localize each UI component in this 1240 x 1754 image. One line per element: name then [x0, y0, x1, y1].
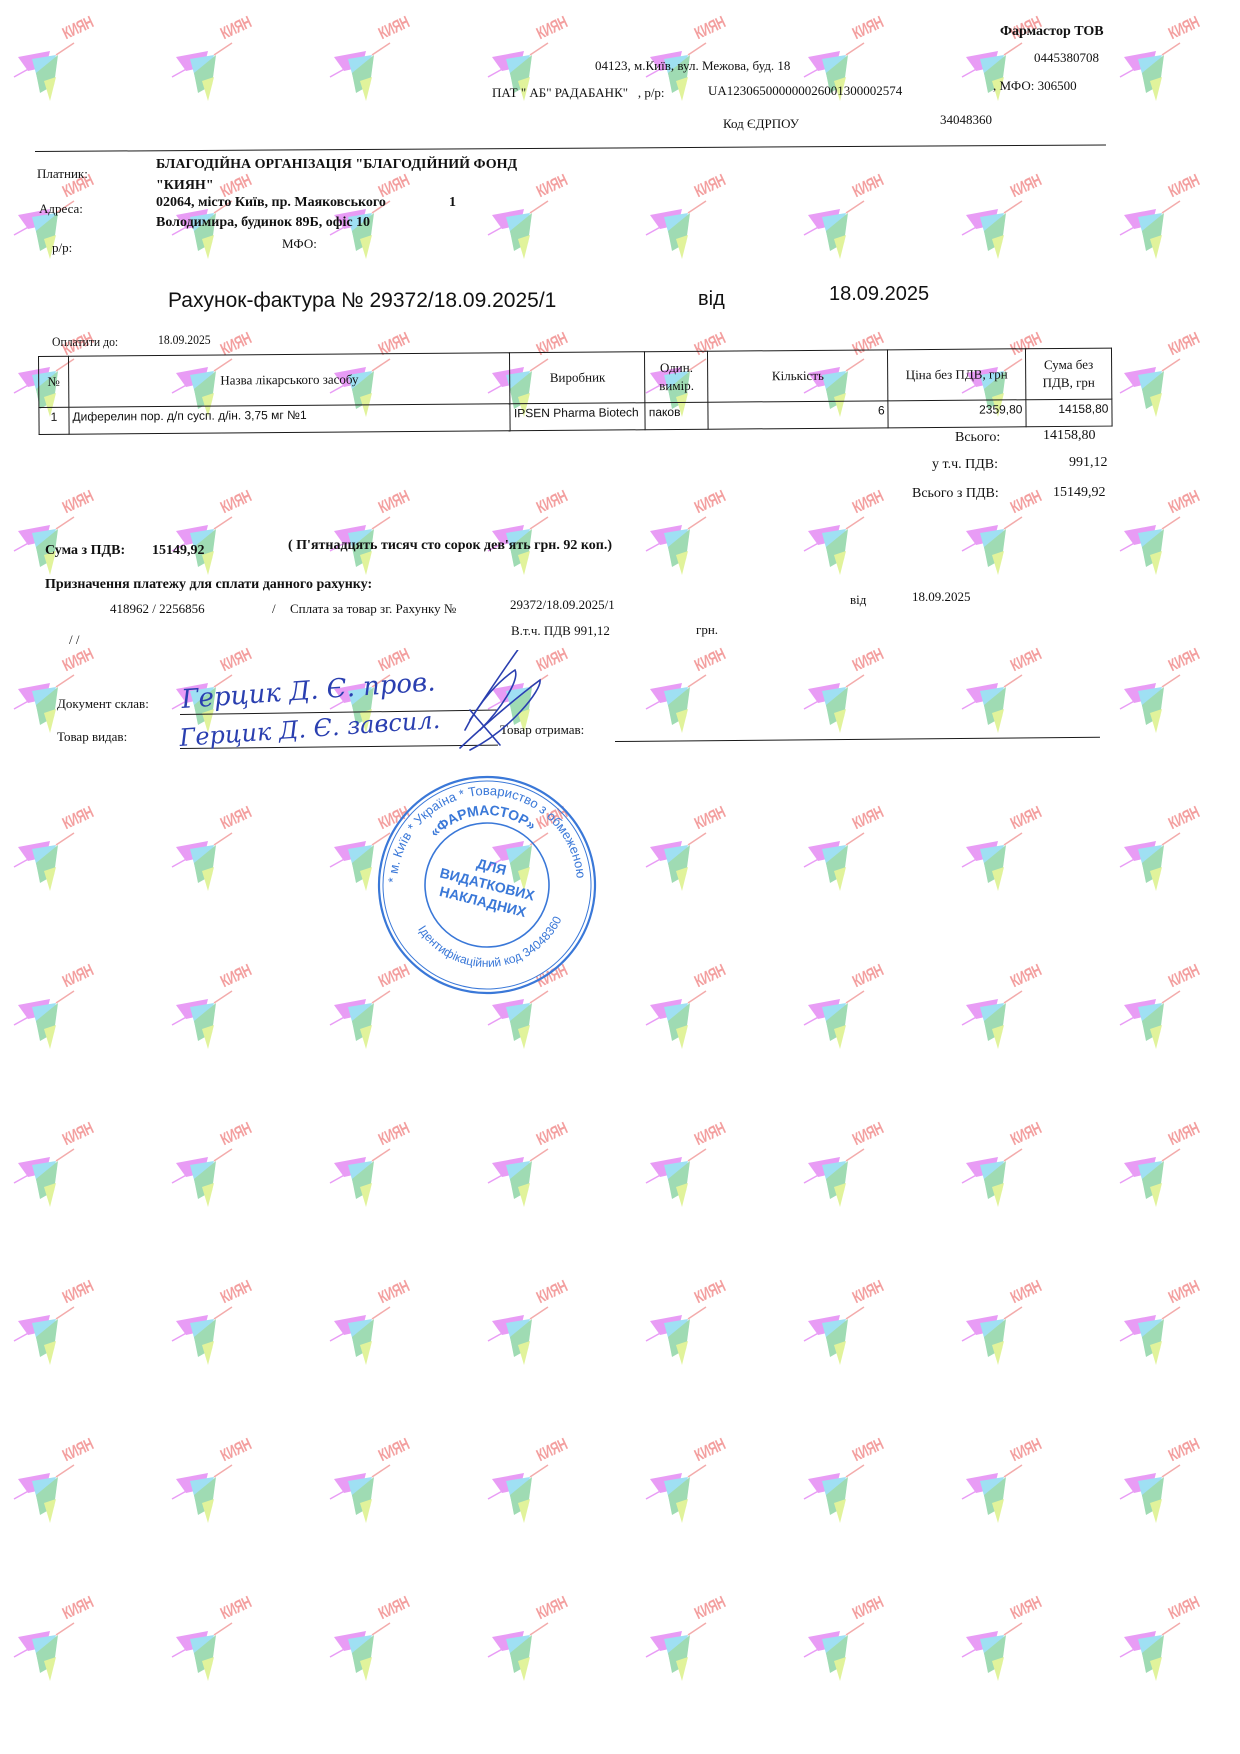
watermark-logo-icon: КИЯН: [1116, 802, 1226, 897]
cell-sum: 14158,80: [1026, 399, 1112, 427]
watermark-logo-icon: КИЯН: [800, 1434, 910, 1529]
svg-text:Герцик Д. Є. завсил.: Герцик Д. Є. завсил.: [177, 706, 441, 752]
supplier-bank-name: ПАТ " АБ" РАДАБАНК": [492, 85, 628, 100]
total-vat-label: Всього з ПДВ:: [912, 486, 999, 502]
cell-price: 2359,80: [888, 400, 1026, 428]
col-header-qty: Кількість: [708, 350, 888, 402]
watermark-logo-icon: КИЯН: [484, 170, 594, 265]
supplier-edrpou-label: Код ЄДРПОУ: [723, 116, 799, 132]
payer-address-line1: 02064, місто Київ, пр. Маяковського: [156, 195, 386, 211]
watermark-logo-icon: КИЯН: [642, 1118, 752, 1213]
watermark-logo-icon: КИЯН: [958, 1592, 1068, 1687]
watermark-logo-icon: КИЯН: [1116, 960, 1226, 1055]
watermark-logo-icon: КИЯН: [10, 1276, 120, 1371]
watermark-logo-icon: КИЯН: [642, 644, 752, 739]
watermark-logo-icon: КИЯН: [168, 1118, 278, 1213]
supplier-edrpou: 34048360: [940, 112, 992, 128]
watermark-logo-icon: КИЯН: [1116, 1592, 1226, 1687]
watermark-logo-icon: КИЯН: [484, 486, 594, 581]
payer-name-line1: БЛАГОДІЙНА ОРГАНІЗАЦІЯ "БЛАГОДІЙНИЙ ФОНД: [156, 157, 517, 173]
watermark-logo-icon: КИЯН: [642, 802, 752, 897]
watermark-logo-icon: КИЯН: [10, 960, 120, 1055]
watermark-logo-icon: КИЯН: [484, 1276, 594, 1371]
sum-vat-value: 15149,92: [152, 543, 205, 559]
invoice-title: Рахунок-фактура № 29372/18.09.2025/1: [168, 289, 556, 313]
supplier-account: UA123065000000026001300002574: [708, 83, 902, 99]
watermark-logo-icon: КИЯН: [642, 1434, 752, 1529]
cell-unit: паков: [645, 402, 708, 429]
payer-address-label: Адреса:: [39, 201, 83, 217]
watermark-logo-icon: КИЯН: [326, 1276, 436, 1371]
watermark-logo-icon: КИЯН: [958, 1276, 1068, 1371]
received-signature-line: [615, 737, 1100, 742]
watermark-logo-icon: КИЯН: [800, 1592, 910, 1687]
watermark-logo-icon: КИЯН: [10, 486, 120, 581]
watermark-logo-icon: КИЯН: [484, 1592, 594, 1687]
payment-extra-slashes: / /: [69, 632, 79, 648]
payer-label: Платник:: [37, 166, 88, 182]
watermark-logo-icon: КИЯН: [800, 1118, 910, 1213]
payer-name-line2: "КИЯН": [156, 178, 214, 194]
watermark-logo-icon: КИЯН: [642, 1592, 752, 1687]
col-header-manufacturer: Виробник: [510, 352, 645, 404]
payment-text: Сплата за товар зг. Рахунку №: [290, 601, 456, 617]
watermark-logo-icon: КИЯН: [800, 486, 910, 581]
supplier-mfo-value: 306500: [1038, 78, 1077, 93]
watermark-logo-icon: КИЯН: [10, 802, 120, 897]
watermark-logo-icon: КИЯН: [1116, 644, 1226, 739]
payment-codes: 418962 / 2256856: [110, 601, 205, 617]
payment-currency: грн.: [696, 622, 718, 638]
watermark-logo-icon: КИЯН: [1116, 328, 1226, 423]
pay-by-date: 18.09.2025: [158, 332, 211, 348]
watermark-logo-icon: КИЯН: [10, 1592, 120, 1687]
supplier-phone: 0445380708: [1034, 50, 1099, 66]
watermark-logo-icon: КИЯН: [1116, 1118, 1226, 1213]
watermark-logo-icon: КИЯН: [484, 1434, 594, 1529]
handwritten-signature: Герцик Д. Є. пров. Герцик Д. Є. завсил.: [170, 650, 550, 770]
watermark-logo-icon: КИЯН: [958, 1434, 1068, 1529]
cell-name: Диферелин пор. д/п сусп. д/ін. 3,75 мг №…: [69, 404, 511, 434]
watermark-logo-icon: КИЯН: [642, 486, 752, 581]
watermark-logo-icon: КИЯН: [1116, 12, 1226, 107]
watermark-logo-icon: КИЯН: [1116, 1276, 1226, 1371]
watermark-logo-icon: КИЯН: [800, 170, 910, 265]
items-table: № Назва лікарського засобу Виробник Один…: [38, 348, 1113, 435]
watermark-logo-icon: КИЯН: [800, 644, 910, 739]
payer-mfo-label: МФО:: [282, 236, 317, 252]
payment-date-label: від: [850, 592, 866, 608]
cell-manufacturer: IPSEN Pharma Biotech: [510, 403, 645, 431]
sum-vat-label: Сума з ПДВ:: [45, 543, 125, 559]
watermark-logo-icon: КИЯН: [168, 486, 278, 581]
payment-slash: /: [272, 601, 276, 617]
cell-qty: 6: [708, 401, 888, 429]
watermark-logo-icon: КИЯН: [958, 644, 1068, 739]
watermark-logo-icon: КИЯН: [642, 170, 752, 265]
watermark-logo-icon: КИЯН: [326, 12, 436, 107]
payment-purpose-label: Призначення платежу для сплати данного р…: [45, 577, 372, 593]
supplier-name: Фармастор ТОВ: [1000, 24, 1104, 40]
company-stamp: * м. Київ * Україна * Товариство з обмеж…: [367, 765, 606, 1004]
watermark-logo-icon: КИЯН: [800, 802, 910, 897]
header-divider: [35, 144, 1106, 152]
watermark-logo-icon: КИЯН: [168, 960, 278, 1055]
watermark-logo-icon: КИЯН: [168, 1434, 278, 1529]
col-header-no: №: [39, 356, 69, 407]
vat-label: у т.ч. ПДВ:: [932, 457, 998, 473]
watermark-logo-icon: КИЯН: [958, 960, 1068, 1055]
supplier-address: 04123, м.Київ, вул. Межова, буд. 18: [595, 58, 790, 74]
watermark-logo-icon: КИЯН: [10, 1118, 120, 1213]
watermark-logo-icon: КИЯН: [168, 1592, 278, 1687]
watermark-logo-icon: КИЯН: [800, 1276, 910, 1371]
col-header-price: Ціна без ПДВ, грн: [888, 349, 1026, 401]
watermark-logo-icon: КИЯН: [800, 960, 910, 1055]
table-header-row: № Назва лікарського засобу Виробник Один…: [39, 348, 1112, 407]
watermark-layer: КИЯНКИЯНКИЯНКИЯНКИЯНКИЯНКИЯНКИЯНКИЯНКИЯН…: [0, 0, 1240, 1754]
supplier-mfo: , МФО: 306500: [993, 78, 1077, 94]
watermark-logo-icon: КИЯН: [642, 1276, 752, 1371]
col-header-sum: Сума без ПДВ, грн: [1025, 348, 1111, 400]
composed-label: Документ склав:: [57, 696, 149, 712]
watermark-logo-icon: КИЯН: [10, 644, 120, 739]
watermark-logo-icon: КИЯН: [958, 170, 1068, 265]
payer-address-line2: Володимира, будинок 89Б, офіс 10: [156, 215, 370, 231]
watermark-logo-icon: КИЯН: [958, 1118, 1068, 1213]
total-vat-value: 15149,92: [1053, 485, 1106, 501]
supplier-bank: ПАТ " АБ" РАДАБАНК" , р/р:: [492, 85, 665, 101]
watermark-logo-icon: КИЯН: [484, 1118, 594, 1213]
supplier-account-label: , р/р:: [638, 85, 665, 100]
watermark-logo-icon: КИЯН: [958, 802, 1068, 897]
pay-by-label: Оплатити до:: [52, 334, 118, 350]
supplier-mfo-label: , МФО:: [993, 78, 1034, 93]
invoice-date-label: від: [698, 288, 725, 311]
watermark-logo-icon: КИЯН: [1116, 1434, 1226, 1529]
watermark-logo-icon: КИЯН: [10, 12, 120, 107]
watermark-logo-icon: КИЯН: [168, 12, 278, 107]
col-header-name: Назва лікарського засобу: [68, 353, 510, 407]
payment-vat-text: В.т.ч. ПДВ 991,12: [511, 623, 610, 639]
total-value: 14158,80: [1043, 428, 1096, 444]
watermark-logo-icon: КИЯН: [326, 1592, 436, 1687]
payment-invoice-no: 29372/18.09.2025/1: [510, 597, 615, 613]
col-header-unit: Один. вимір.: [645, 351, 708, 402]
payer-address-extra: 1: [449, 195, 456, 211]
cell-no: 1: [39, 407, 69, 434]
watermark-logo-icon: КИЯН: [10, 1434, 120, 1529]
invoice-date: 18.09.2025: [829, 283, 929, 306]
watermark-logo-icon: КИЯН: [326, 1434, 436, 1529]
total-label: Всього:: [955, 430, 1000, 446]
watermark-logo-icon: КИЯН: [1116, 170, 1226, 265]
watermark-logo-icon: КИЯН: [326, 486, 436, 581]
sum-in-words: ( П'ятнадцять тисяч сто сорок дев'ять гр…: [288, 538, 612, 554]
watermark-logo-icon: КИЯН: [1116, 486, 1226, 581]
watermark-logo-icon: КИЯН: [642, 960, 752, 1055]
payer-account-label: р/р:: [52, 240, 72, 256]
watermark-logo-icon: КИЯН: [168, 802, 278, 897]
watermark-logo-icon: КИЯН: [326, 1118, 436, 1213]
vat-value: 991,12: [1069, 455, 1108, 471]
issued-label: Товар видав:: [57, 729, 127, 745]
payment-date: 18.09.2025: [912, 589, 971, 605]
watermark-logo-icon: КИЯН: [168, 1276, 278, 1371]
